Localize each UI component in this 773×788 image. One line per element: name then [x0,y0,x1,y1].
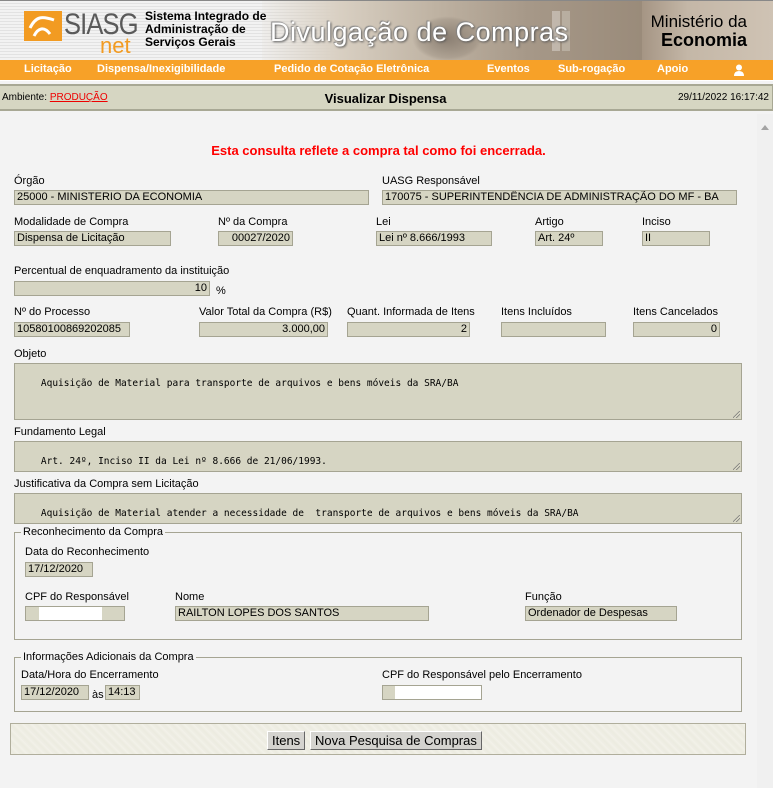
inciso-label: Inciso [642,216,671,228]
modalidade-label: Modalidade de Compra [14,216,128,228]
modalidade-field[interactable]: Dispensa de Licitação [14,231,171,246]
redacted-cpf [395,686,481,699]
nav-apoio[interactable]: Apoio [657,63,688,75]
nova-pesquisa-button[interactable]: Nova Pesquisa de Compras [310,731,482,750]
itens-cancelados-field[interactable]: 0 [633,322,720,337]
nav-eventos[interactable]: Eventos [487,63,530,75]
valor-total-field[interactable]: 3.000,00 [199,322,328,337]
encerramento-label: Data/Hora do Encerramento [21,669,159,681]
as-label: às [92,689,104,701]
info-adicionais-fieldset: Informações Adicionais da Compra Data/Ho… [14,657,742,712]
nome-label: Nome [175,591,204,603]
cpf-encerramento-field[interactable] [382,685,482,700]
data-reconhecimento-field[interactable]: 17/12/2020 [25,562,93,577]
orgao-field[interactable]: 25000 - MINISTERIO DA ECONOMIA [14,190,369,205]
notice-message: Esta consulta reflete a compra tal como … [0,143,757,158]
reconhecimento-fieldset: Reconhecimento da Compra Data do Reconhe… [14,532,742,640]
ministry-line2: Economia [661,30,747,50]
system-name: Sistema Integrado de Administração de Se… [145,10,266,49]
encerramento-data-field[interactable]: 17/12/2020 [21,685,89,700]
valor-total-label: Valor Total da Compra (R$) [199,306,332,318]
nav-dispensa[interactable]: Dispensa/Inexigibilidade [97,63,225,75]
lei-label: Lei [376,216,391,228]
lei-field[interactable]: Lei nº 8.666/1993 [376,231,492,246]
button-bar: Itens Nova Pesquisa de Compras [10,723,746,755]
reconhecimento-legend: Reconhecimento da Compra [21,526,165,538]
funcao-label: Função [525,591,562,603]
nav-pedido-cotacao[interactable]: Pedido de Cotação Eletrônica [274,63,429,75]
data-reconhecimento-label: Data do Reconhecimento [25,546,149,558]
cpf-encerramento-label: CPF do Responsável pelo Encerramento [382,669,582,681]
content-area: Esta consulta reflete a compra tal como … [0,114,757,788]
justificativa-text: Aquisição de Material atender a necessid… [41,508,579,519]
fundamento-label: Fundamento Legal [14,426,106,438]
numero-compra-label: Nº da Compra [218,216,287,228]
processo-field[interactable]: 10580100869202085 [14,322,130,337]
itens-button[interactable]: Itens [267,731,305,750]
inciso-field[interactable]: II [642,231,710,246]
logo-net-text: net [100,33,131,59]
system-name-line: Serviços Gerais [145,36,266,49]
funcao-field[interactable]: Ordenador de Despesas [525,606,677,621]
cpf-responsavel-field[interactable] [25,606,125,621]
main-nav: Licitação Dispensa/Inexigibilidade Pedid… [0,60,773,81]
itens-incluidos-label: Itens Incluídos [501,306,572,318]
vertical-scrollbar[interactable] [757,114,773,788]
justificativa-label: Justificativa da Compra sem Licitação [14,478,199,490]
fundamento-text: Art. 24º, Inciso II da Lei nº 8.666 de 2… [41,456,327,467]
scroll-up-arrow-icon[interactable] [761,125,769,130]
numero-compra-field[interactable]: 00027/2020 [218,231,293,246]
banner-title: Divulgação de Compras [270,17,569,48]
header-banner: SIASG net Sistema Integrado de Administr… [0,0,773,60]
resize-grip-icon[interactable] [733,411,740,418]
percentual-label: Percentual de enquadramento da instituiç… [14,265,229,277]
ministry-name: Ministério da Economia [651,12,747,50]
justificativa-textarea[interactable]: Aquisição de Material atender a necessid… [14,493,742,524]
quant-itens-field[interactable]: 2 [347,322,470,337]
uasg-label: UASG Responsável [382,175,480,187]
artigo-field[interactable]: Art. 24º [535,231,603,246]
processo-label: Nº do Processo [14,306,90,318]
redacted-cpf [39,607,102,620]
user-icon[interactable] [733,64,745,76]
percentual-unit: % [216,285,226,297]
swoosh-icon [28,14,58,38]
resize-grip-icon[interactable] [733,463,740,470]
percentual-field[interactable]: 10 [14,281,210,296]
itens-incluidos-field[interactable] [501,322,606,337]
page-title: Visualizar Dispensa [0,91,771,106]
objeto-label: Objeto [14,348,46,360]
artigo-label: Artigo [535,216,564,228]
objeto-textarea[interactable]: Aquisição de Material para transporte de… [14,363,742,420]
datetime: 29/11/2022 16:17:42 [678,92,769,103]
ministry-line1: Ministério da [651,12,747,31]
itens-cancelados-label: Itens Cancelados [633,306,718,318]
encerramento-hora-field[interactable]: 14:13 [105,685,140,700]
fundamento-textarea[interactable]: Art. 24º, Inciso II da Lei nº 8.666 de 2… [14,441,742,472]
nav-licitacao[interactable]: Licitação [24,63,72,75]
orgao-label: Órgão [14,175,45,187]
nome-field[interactable]: RAILTON LOPES DOS SANTOS [175,606,429,621]
cpf-responsavel-label: CPF do Responsável [25,591,129,603]
info-adicionais-legend: Informações Adicionais da Compra [21,651,196,663]
nav-sub-rogacao[interactable]: Sub-rogação [558,63,625,75]
resize-grip-icon[interactable] [733,515,740,522]
status-bar: Ambiente: PRODUÇÃO Visualizar Dispensa 2… [0,84,773,111]
objeto-text: Aquisição de Material para transporte de… [41,378,459,389]
quant-itens-label: Quant. Informada de Itens [347,306,475,318]
uasg-field[interactable]: 170075 - SUPERINTENDÊNCIA DE ADMINISTRAÇ… [382,190,737,205]
